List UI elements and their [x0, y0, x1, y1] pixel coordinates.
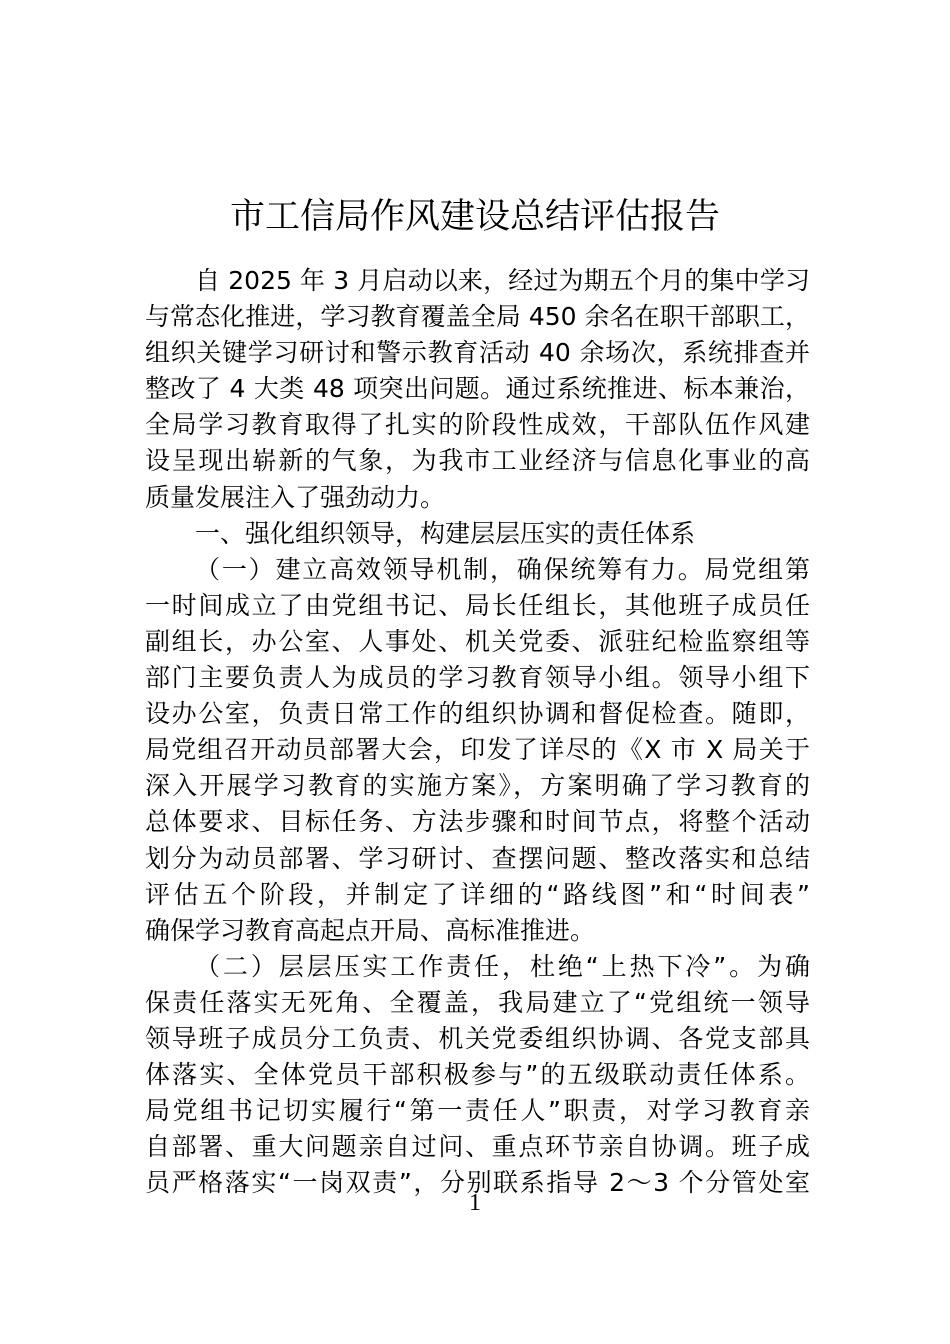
paragraph-line: （一）建立高效领导机制，确保统筹有力。局党组第 [145, 552, 810, 588]
paragraph-line: 深入开展学习教育的实施方案》，方案明确了学习教育的 [145, 768, 810, 804]
paragraph-line: 领导班子成员分工负责、机关党委组织协调、各党支部具 [145, 1021, 810, 1057]
paragraph-line: 整改了 4 大类 48 项突出问题。通过系统推进、标本兼治， [145, 371, 810, 407]
document-title: 市工信局作风建设总结评估报告 [0, 191, 950, 243]
page-number: 1 [0, 1188, 950, 1218]
paragraph-line: 确保学习教育高起点开局、高标准推进。 [145, 913, 810, 949]
paragraph-line: 设办公室，负责日常工作的组织协调和督促检查。随即， [145, 696, 810, 732]
paragraph-line: 自 2025 年 3 月启动以来，经过为期五个月的集中学习 [145, 263, 810, 299]
paragraph-line: 全局学习教育取得了扎实的阶段性成效，干部队伍作风建 [145, 407, 810, 443]
paragraph-line: 局党组书记切实履行“第一责任人”职责，对学习教育亲 [145, 1093, 810, 1129]
paragraph-line: 自部署、重大问题亲自过问、重点环节亲自协调。班子成 [145, 1129, 810, 1165]
paragraph-line: 设呈现出崭新的气象，为我市工业经济与信息化事业的高 [145, 443, 810, 479]
paragraph-line: 组织关键学习研讨和警示教育活动 40 余场次，系统排查并 [145, 335, 810, 371]
paragraph-line: 与常态化推进，学习教育覆盖全局 450 余名在职干部职工， [145, 299, 810, 335]
paragraph-line: 总体要求、目标任务、方法步骤和时间节点，将整个活动 [145, 804, 810, 840]
paragraph-line: 体落实、全体党员干部积极参与”的五级联动责任体系。 [145, 1057, 810, 1093]
paragraph-line: 部门主要负责人为成员的学习教育领导小组。领导小组下 [145, 660, 810, 696]
paragraph-line: 评估五个阶段，并制定了详细的“路线图”和“时间表” [145, 877, 810, 913]
paragraph-line: 局党组召开动员部署大会，印发了详尽的《X 市 X 局关于 [145, 732, 810, 768]
paragraph-line: 划分为动员部署、学习研讨、查摆问题、整改落实和总结 [145, 841, 810, 877]
paragraph-line: 保责任落实无死角、全覆盖，我局建立了“党组统一领导 [145, 985, 810, 1021]
paragraph-line: （二）层层压实工作责任，杜绝“上热下冷”。为确 [145, 949, 810, 985]
section-heading: 一、强化组织领导，构建层层压实的责任体系 [145, 516, 810, 552]
paragraph-line: 质量发展注入了强劲动力。 [145, 480, 810, 516]
paragraph-line: 副组长，办公室、人事处、机关党委、派驻纪检监察组等 [145, 624, 810, 660]
document-page: 市工信局作风建设总结评估报告 自 2025 年 3 月启动以来，经过为期五个月的… [0, 0, 950, 1344]
document-body: 自 2025 年 3 月启动以来，经过为期五个月的集中学习 与常态化推进，学习教… [145, 263, 810, 1201]
paragraph-line: 一时间成立了由党组书记、局长任组长，其他班子成员任 [145, 588, 810, 624]
